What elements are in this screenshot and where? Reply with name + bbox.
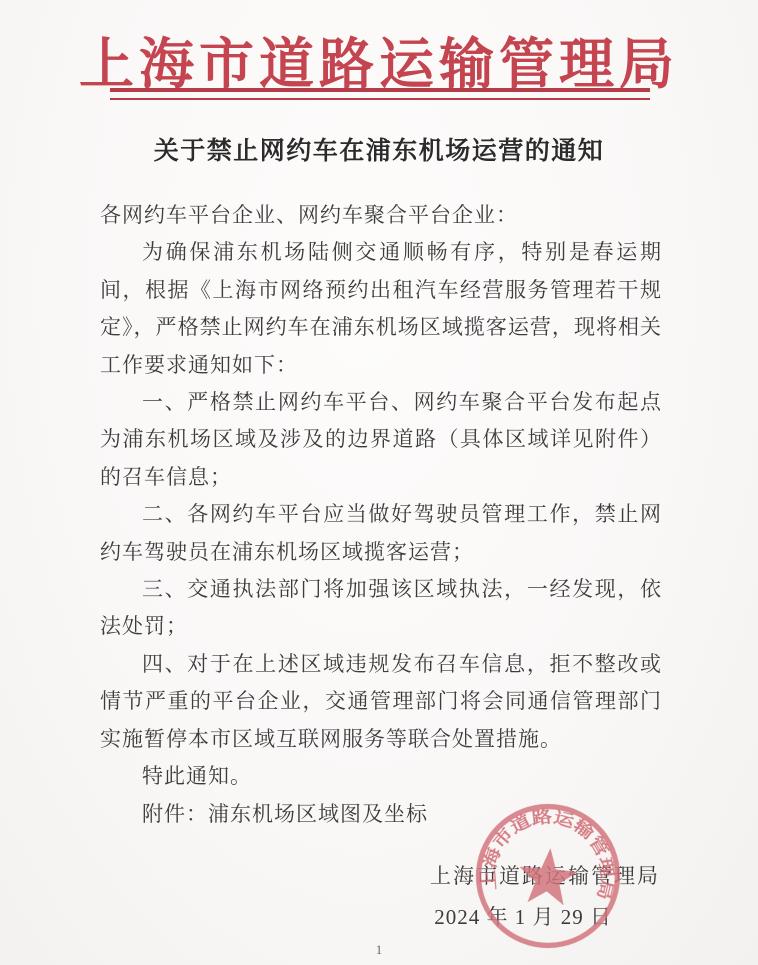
letterhead-rule-thick	[110, 88, 650, 92]
paragraph-item-3: 三、交通执法部门将加强该区域执法，一经发现，依法处罚；	[100, 571, 662, 646]
salutation: 各网约车平台企业、网约车聚合平台企业：	[100, 197, 662, 234]
document-body: 各网约车平台企业、网约车聚合平台企业： 为确保浦东机场陆侧交通顺畅有序，特别是春…	[100, 197, 662, 833]
paragraph-item-4: 四、对于在上述区域违规发布召车信息，拒不整改或情节严重的平台企业，交通管理部门将…	[100, 646, 662, 758]
paragraph-intro: 为确保浦东机场陆侧交通顺畅有序，特别是春运期间，根据《上海市网络预约出租汽车经营…	[100, 234, 662, 384]
seal-star-icon	[516, 846, 579, 907]
document-page: 上海市道路运输管理局 关于禁止网约车在浦东机场运营的通知 各网约车平台企业、网约…	[0, 0, 758, 965]
official-seal: 上海市道路运输管理局	[459, 787, 637, 965]
paragraph-closing: 特此通知。	[100, 758, 662, 795]
paragraph-item-2: 二、各网约车平台应当做好驾驶员管理工作，禁止网约车驾驶员在浦东机场区域揽客运营；	[100, 496, 662, 571]
letterhead-rule-thin	[110, 98, 650, 100]
paragraph-item-1: 一、严格禁止网约车平台、网约车聚合平台发布起点为浦东机场区域及涉及的边界道路（具…	[100, 384, 662, 496]
document-title: 关于禁止网约车在浦东机场运营的通知	[0, 131, 758, 167]
page-number: 1	[0, 942, 758, 958]
